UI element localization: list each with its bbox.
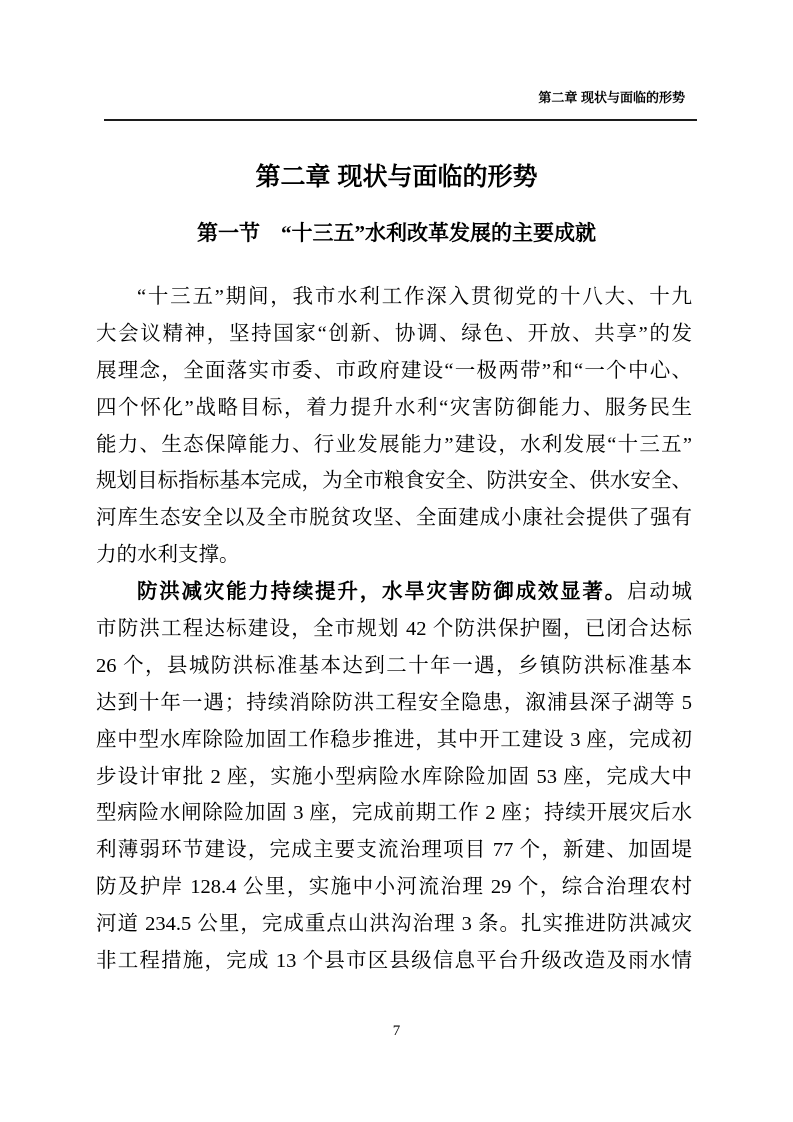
text-line: 展理念，全面落实市委、市政府建设“一极两带”和“一个中心、 [96, 353, 692, 390]
text-line: “十三五”期间，我市水利工作深入贯彻党的十八大、十九 [96, 279, 692, 316]
text-segment: 展理念，全面落实市委、市政府建设“一极两带”和“一个中心、 [96, 360, 692, 382]
text-line: 河库生态安全以及全市脱贫攻坚、全面建成小康社会提供了强有 [96, 500, 692, 537]
body-text: “十三五”期间，我市水利工作深入贯彻党的十八大、十九大会议精神，坚持国家“创新、… [96, 279, 692, 980]
text-segment: 26 个，县城防洪标准基本达到二十年一遇，乡镇防洪标准基本 [96, 655, 692, 677]
chapter-title: 第二章 现状与面临的形势 [0, 162, 793, 193]
text-segment: 规划目标指标基本完成，为全市粮食安全、防洪安全、供水安全、 [96, 470, 692, 492]
text-line: 座中型水库除险加固工作稳步推进，其中开工建设 3 座，完成初 [96, 722, 692, 759]
text-line: 达到十年一遇；持续消除防洪工程安全隐患，溆浦县深子湖等 5 [96, 685, 692, 722]
text-segment: 非工程措施，完成 13 个县市区县级信息平台升级改造及雨水情 [96, 950, 692, 972]
text-segment: 力的水利支撑。 [96, 544, 240, 566]
text-segment: “十三五”期间，我市水利工作深入贯彻党的十八大、十九 [137, 286, 692, 308]
text-line: 利薄弱环节建设，完成主要支流治理项目 77 个，新建、加固堤 [96, 832, 692, 869]
text-segment: 步设计审批 2 座，实施小型病险水库除险加固 53 座，完成大中 [96, 766, 692, 788]
text-line: 规划目标指标基本完成，为全市粮食安全、防洪安全、供水安全、 [96, 463, 692, 500]
text-segment: 能力、生态保障能力、行业发展能力”建设，水利发展“十三五” [96, 434, 692, 456]
text-segment: 四个怀化”战略目标，着力提升水利“灾害防御能力、服务民生 [96, 397, 692, 419]
text-line: 非工程措施，完成 13 个县市区县级信息平台升级改造及雨水情 [96, 943, 692, 980]
bold-lead-text: 防洪减灾能力持续提升，水旱灾害防御成效显著。 [137, 581, 627, 603]
text-segment: 大会议精神，坚持国家“创新、协调、绿色、开放、共享”的发 [96, 323, 692, 345]
text-line: 防洪减灾能力持续提升，水旱灾害防御成效显著。启动城 [96, 574, 692, 611]
text-segment: 座中型水库除险加固工作稳步推进，其中开工建设 3 座，完成初 [96, 729, 692, 751]
text-line: 防及护岸 128.4 公里，实施中小河流治理 29 个，综合治理农村 [96, 869, 692, 906]
text-segment: 型病险水闸除险加固 3 座，完成前期工作 2 座；持续开展灾后水 [96, 802, 692, 824]
document-page: 第二章 现状与面临的形势 第二章 现状与面临的形势 第一节 “十三五”水利改革发… [0, 0, 793, 1122]
section-title: 第一节 “十三五”水利改革发展的主要成就 [0, 220, 793, 246]
text-segment: 河库生态安全以及全市脱贫攻坚、全面建成小康社会提供了强有 [96, 507, 692, 529]
text-line: 步设计审批 2 座，实施小型病险水库除险加固 53 座，完成大中 [96, 759, 692, 796]
running-header: 第二章 现状与面临的形势 [538, 91, 685, 104]
text-segment: 市防洪工程达标建设，全市规划 42 个防洪保护圈，已闭合达标 [96, 618, 692, 640]
text-line: 市防洪工程达标建设，全市规划 42 个防洪保护圈，已闭合达标 [96, 611, 692, 648]
text-line: 四个怀化”战略目标，着力提升水利“灾害防御能力、服务民生 [96, 390, 692, 427]
text-line: 河道 234.5 公里，完成重点山洪沟治理 3 条。扎实推进防洪减灾 [96, 906, 692, 943]
text-line: 力的水利支撑。 [96, 537, 692, 574]
text-line: 能力、生态保障能力、行业发展能力”建设，水利发展“十三五” [96, 427, 692, 464]
page-number: 7 [0, 1024, 793, 1039]
text-segment: 防及护岸 128.4 公里，实施中小河流治理 29 个，综合治理农村 [96, 876, 692, 898]
text-line: 26 个，县城防洪标准基本达到二十年一遇，乡镇防洪标准基本 [96, 648, 692, 685]
text-line: 型病险水闸除险加固 3 座，完成前期工作 2 座；持续开展灾后水 [96, 795, 692, 832]
text-line: 大会议精神，坚持国家“创新、协调、绿色、开放、共享”的发 [96, 316, 692, 353]
text-segment: 启动城 [627, 581, 692, 603]
text-segment: 利薄弱环节建设，完成主要支流治理项目 77 个，新建、加固堤 [96, 839, 692, 861]
header-rule [104, 119, 697, 121]
text-segment: 河道 234.5 公里，完成重点山洪沟治理 3 条。扎实推进防洪减灾 [96, 913, 692, 935]
text-segment: 达到十年一遇；持续消除防洪工程安全隐患，溆浦县深子湖等 5 [96, 692, 692, 714]
